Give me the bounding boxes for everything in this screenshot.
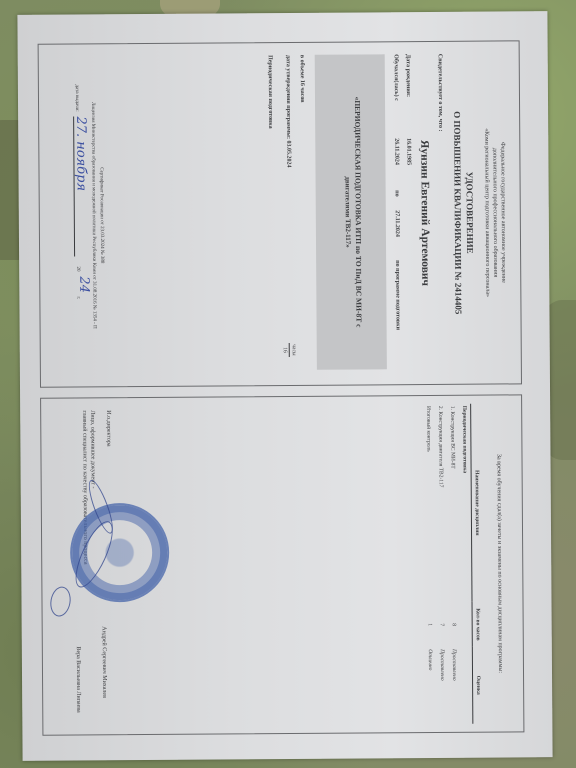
certificate-line: Сертификат Росавиации от 23.03.2024 № 38… [98,44,105,386]
column-discipline: Наименование дисциплин [471,404,483,602]
issue-date-handwritten: 27. ноября [73,116,88,256]
certifies-label: Свидетельствует о том, что : [437,54,444,132]
recipient-name: Яунзин Евгений Артемович [417,42,431,384]
section-row: Периодическая подготовка [458,404,473,724]
hours-divider [289,343,290,357]
hours-block: часы 16 [282,343,297,357]
discipline-grade: Проставлено [448,647,461,724]
grades-table: Наименование дисциплин Кол-во часов Оцен… [422,404,483,724]
discipline-grade: Отлично [424,647,437,724]
date-to: 27.11.2024 [394,210,400,237]
table-row: Итоговый контроль 1 Отлично [422,404,436,724]
section-title: Периодическая подготовка [458,404,473,724]
institution-line-2: дополнительного профессионального образо… [491,42,499,384]
program-label: по программе подготовки [394,260,400,330]
discipline-name: 1. Конструкция ВС МИ-8Т [446,404,459,602]
issue-year-suffix: г. [75,296,80,299]
table-row: 2. Конструкция двигателя ТВ2-117 7 Прост… [434,404,448,724]
certificate-sheet: Федеральное государственное автономное у… [17,11,552,761]
discipline-grade: Проставлено [436,647,449,724]
table-row: 1. Конструкция ВС МИ-8Т 8 Проставлено [446,404,460,724]
certificate-front-frame: Федеральное государственное автономное у… [38,40,522,387]
issue-date-label: дата выдачи: [74,84,79,111]
column-grade: Оценка [472,647,483,724]
responsible-label-1: Лицо, оформившее документ - [89,410,96,488]
certificate-back-frame: За время обучения сдал(а) зачеты и экзам… [40,394,524,735]
training-type: Периодическая подготовка [267,55,274,129]
institution-line-1: Федеральное государственное автономное у… [499,41,507,383]
license-line: Лицензия Министерства образования и моло… [90,44,97,386]
document-subtitle: О ПОВЫШЕНИИ КВАЛИФИКАЦИИ № 2414405 [452,42,463,384]
director-label: И.о.директора [105,410,111,446]
program-name-cont: двигателями ТВ2-117» [343,55,352,370]
program-name: «ПЕРИОДИЧЕСКАЯ ПОДГОТОВКА ИТП по ТО ПиД … [353,54,363,369]
discipline-name: 2. Конструкция двигателя ТВ2-117 [434,404,447,602]
birth-date: 16.01.1985 [405,138,411,165]
discipline-hours: 8 [448,602,460,647]
discipline-hours: 1 [424,602,436,647]
discipline-name: Итоговый контроль [422,404,435,602]
issue-year-handwritten: 24 [77,276,90,293]
to-label: по [394,190,400,197]
hours-label: часы [291,343,297,357]
hours-value: 16 [282,343,288,357]
program-highlight-box: «ПЕРИОДИЧЕСКАЯ ПОДГОТОВКА ИТП по ТО ПиД … [315,54,387,369]
results-intro: За время обучения сдал(а) зачеты и экзам… [495,395,503,731]
issue-year-prefix: 20 [75,266,80,271]
program-volume: в объеме 16 часов [299,55,305,103]
program-approval-date: дата утверждения программы: 03.05.2024 [285,55,292,168]
institution-line-3: «Коми региональный центр подготовки авиа… [483,42,491,384]
director-name: Андрей Сергеевич Михалев [101,626,108,698]
discipline-hours: 7 [436,602,448,647]
birth-label: Дата рождения: [405,54,411,97]
date-from: 26.11.2024 [393,138,399,165]
responsible-name: Вера Васильевна Липаева [75,646,81,712]
column-hours: Кол-во часов [472,602,483,647]
document-title: УДОСТОВЕРЕНИЕ [464,42,475,384]
studied-label: Обучался(лась) с [393,54,399,101]
